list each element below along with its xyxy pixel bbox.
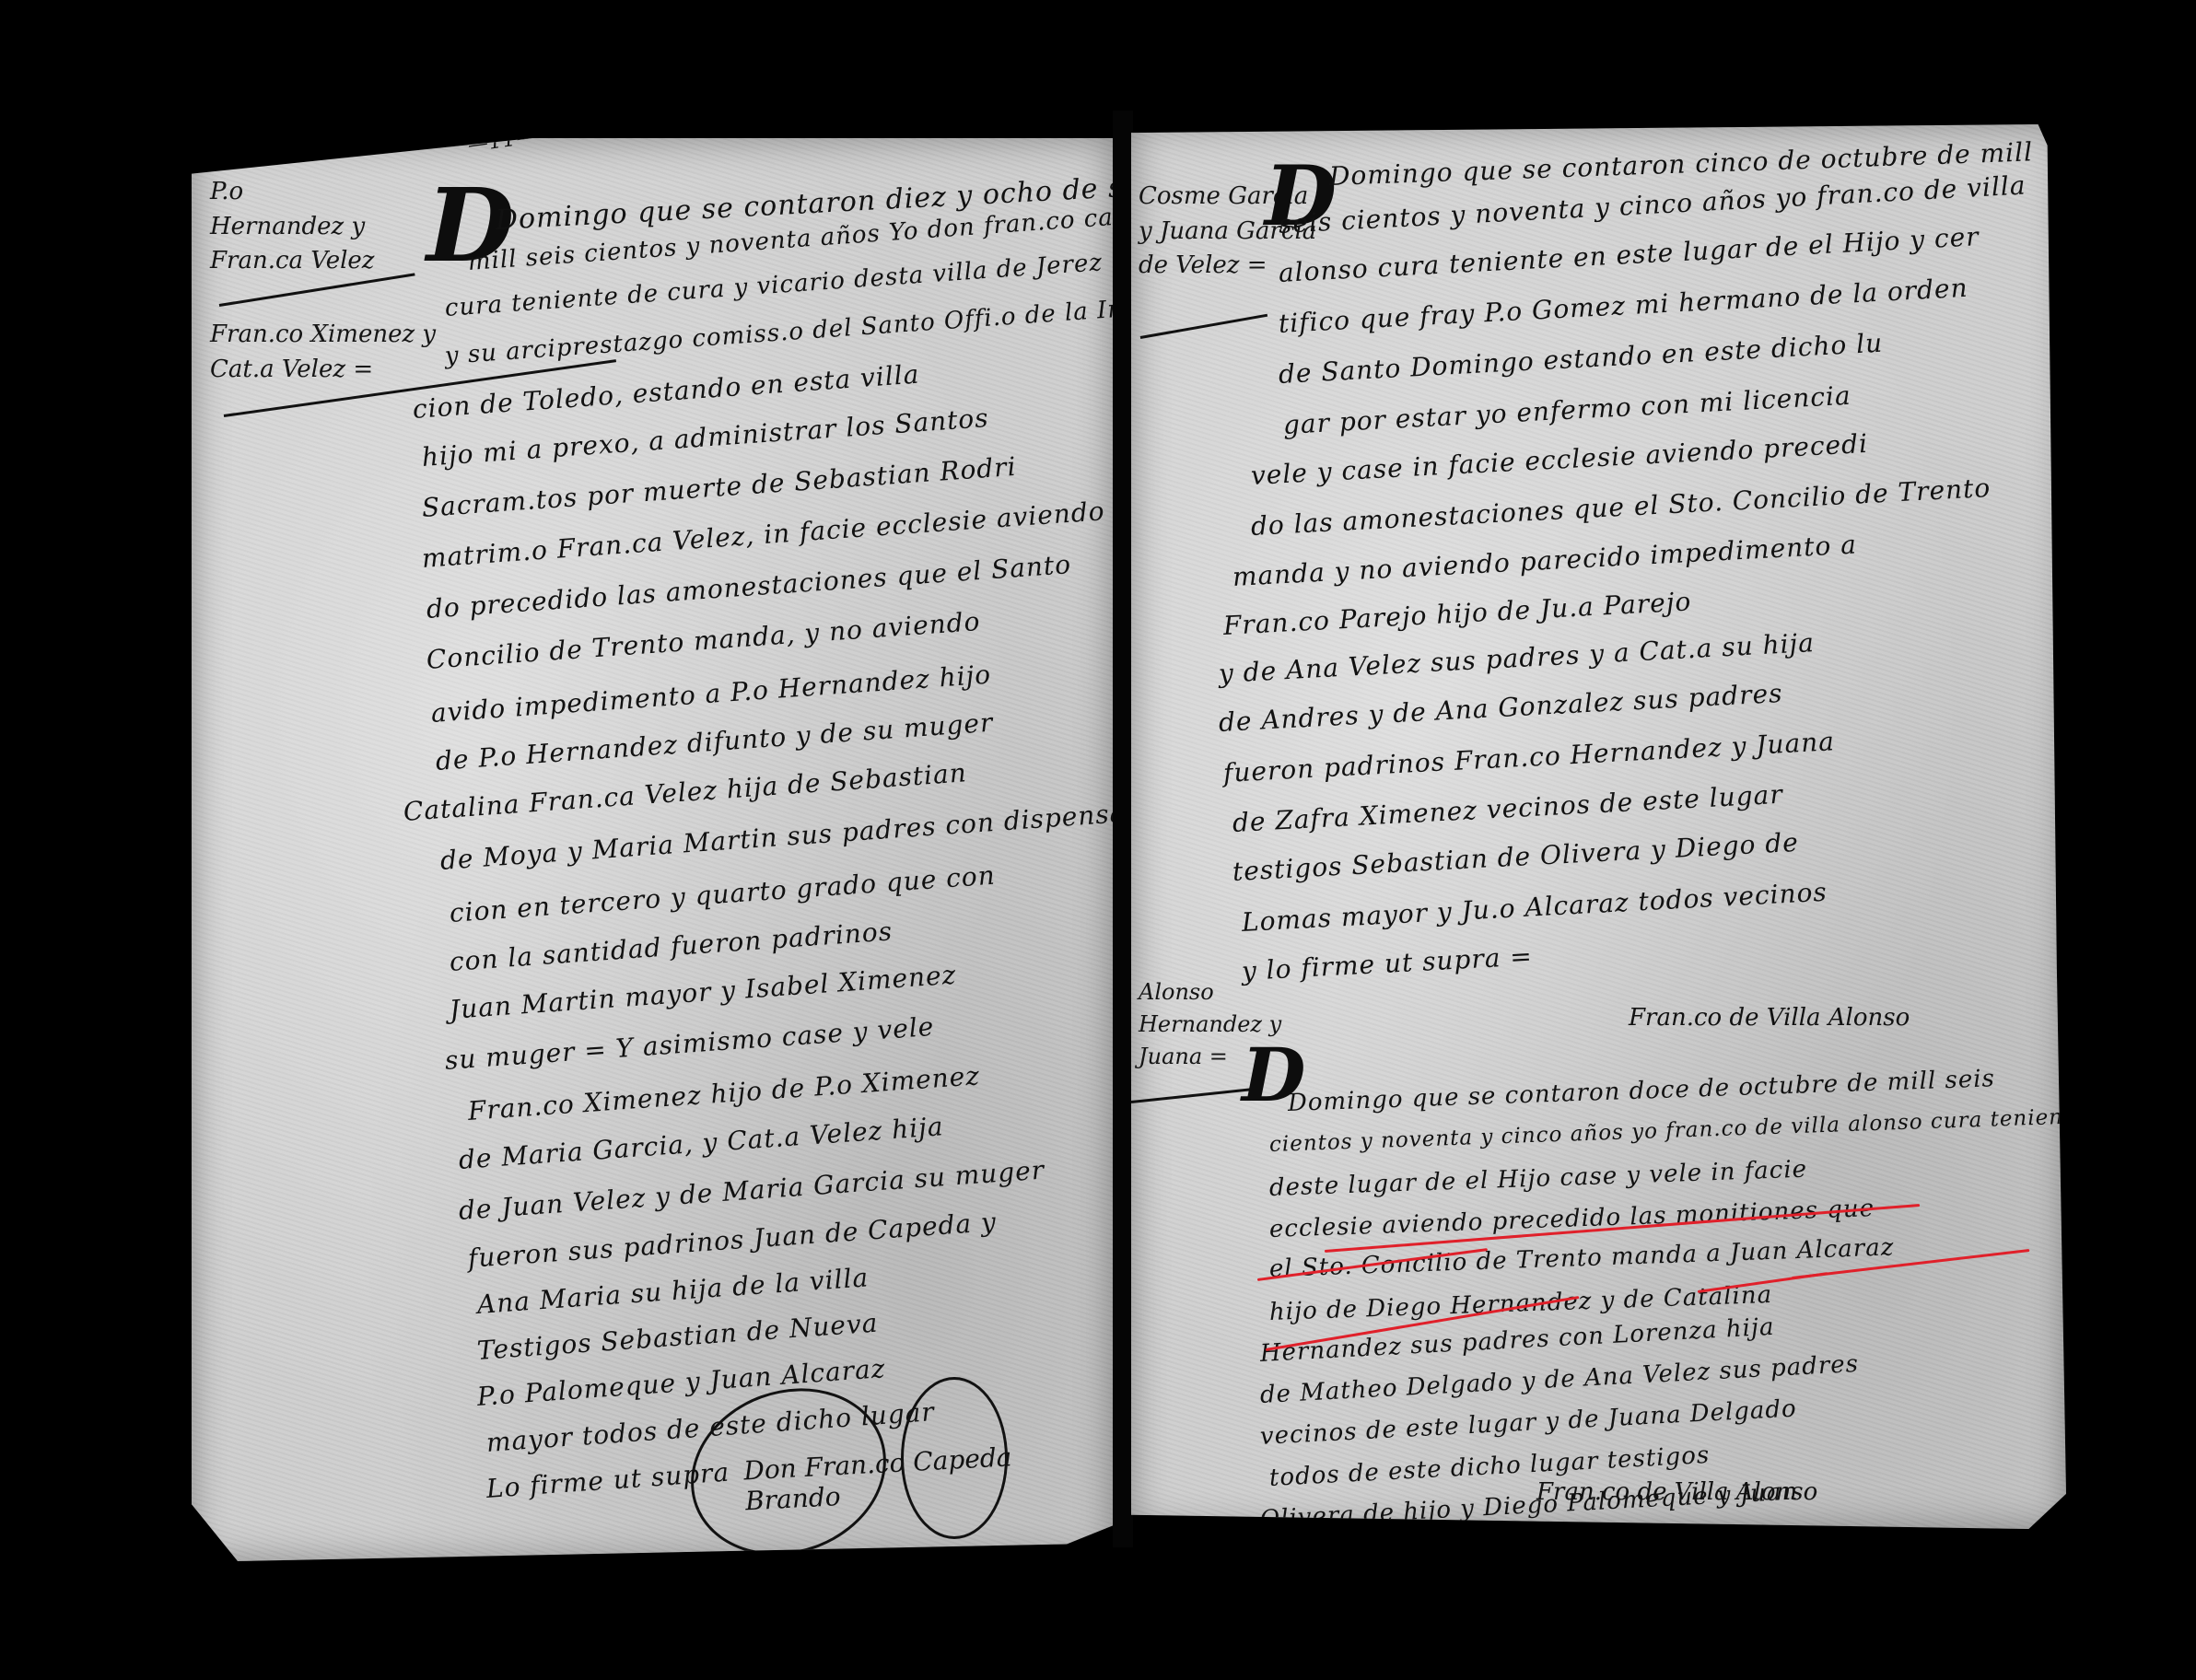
signature: Fran.co de Villa Alonso — [1629, 1004, 1910, 1032]
text-line: deste lugar de el Hijo case y vele in fa… — [1268, 1156, 1807, 1202]
text-line: fueron padrinos Fran.co Hernandez y Juan… — [1222, 726, 1836, 788]
right-page: Cosme Garcia y Juana Garcia de Velez = D… — [1131, 124, 2066, 1529]
text-line: de Santo Domingo estando en este dicho l… — [1278, 328, 1884, 390]
text-line: su muger = Y asimismo case y vele — [444, 1011, 935, 1076]
text-line: testigos Sebastian de Olivera y Diego de — [1232, 827, 1799, 887]
book-gutter — [1113, 111, 1133, 1547]
top-mark: —11— — [466, 138, 539, 157]
text-line: manda y no aviendo parecido impedimento … — [1232, 530, 1857, 592]
text-line: gar por estar yo enfermo con mi licencia — [1282, 380, 1851, 440]
text-line: Ana Maria su hija de la villa — [476, 1262, 870, 1320]
margin-note-left-2: Fran.co Ximenez y Cat.a Velez = — [210, 318, 436, 387]
text-line: Lomas mayor y Ju.o Alcaraz todos vecinos — [1241, 877, 1828, 938]
text-line: de Zafra Ximenez vecinos de este lugar — [1232, 779, 1783, 838]
text-line: y lo firme ut supra = — [1241, 940, 1533, 986]
text-line: de Andres y de Ana Gonzalez sus padres — [1218, 678, 1783, 738]
margin-rule — [1131, 1088, 1250, 1103]
signature: Fran.co de Villa Alonso — [1536, 1478, 1817, 1506]
text-line: Domingo que se contaron doce de octubre … — [1287, 1065, 1995, 1117]
text-line: vele y case in facie ecclesie aviendo pr… — [1250, 428, 1869, 491]
scan-viewer: —11— P.o Hernandez y Fran.ca Velez Fran.… — [0, 0, 2196, 1680]
text-line: Fran.co Parejo hijo de Ju.a Parejo — [1222, 586, 1692, 641]
text-line: cion en tercero y quarto grado que con — [449, 860, 997, 928]
text-line: alcaraz y lo firme y lo firme ut supra — [1259, 1522, 1738, 1529]
margin-note-left-1: P.o Hernandez y Fran.ca Velez — [210, 175, 374, 279]
text-line: ecclesie aviendo precedido las monitione… — [1268, 1195, 1875, 1243]
left-page: —11— P.o Hernandez y Fran.ca Velez Fran.… — [192, 138, 1113, 1561]
margin-rule — [1140, 314, 1267, 339]
